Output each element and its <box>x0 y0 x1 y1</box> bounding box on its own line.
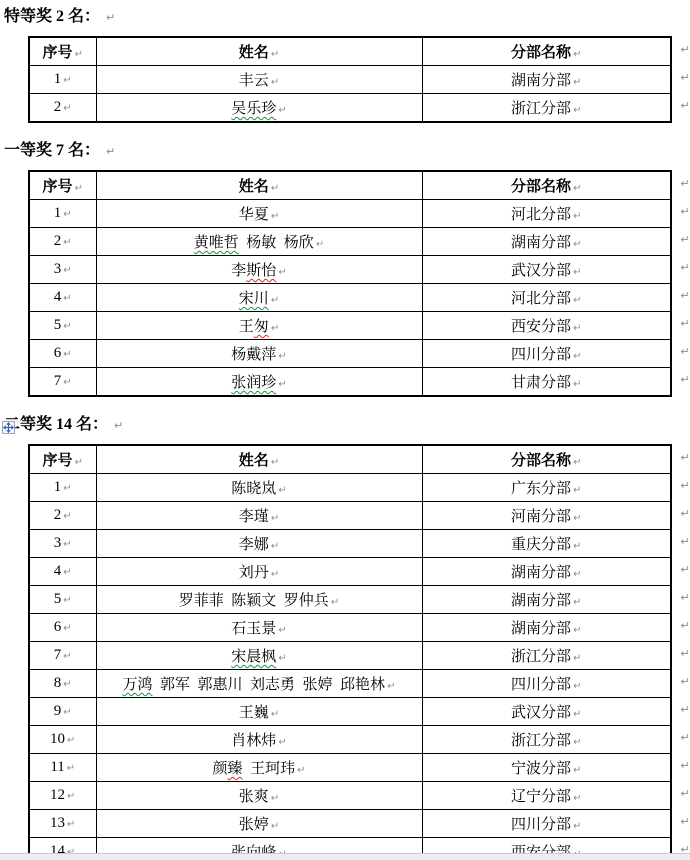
name-text: 王巍 <box>239 705 269 721</box>
end-of-cell-mark: ↵ <box>573 765 581 776</box>
row-number: 7 <box>54 373 62 389</box>
header-cell-label: 姓名 <box>239 453 269 469</box>
branch-name: 河北分部 <box>511 291 571 307</box>
name-text: 石玉景 <box>231 621 276 637</box>
end-of-cell-mark: ↵ <box>573 569 581 580</box>
end-of-row-mark: ↵ <box>674 472 690 500</box>
end-of-cell-mark: ↵ <box>75 183 83 194</box>
row-number-cell[interactable]: 1↵ <box>29 66 96 94</box>
end-of-row-mark: ↵ <box>674 808 690 836</box>
header-cell-label: 姓名 <box>239 179 269 195</box>
end-of-cell-mark: ↵ <box>573 379 581 390</box>
branch-name: 湖南分部 <box>511 593 571 609</box>
branch-cell[interactable]: 西安分部↵ <box>422 312 671 340</box>
row-number-cell[interactable]: 1↵ <box>29 200 96 228</box>
end-of-cell-mark: ↵ <box>271 793 279 804</box>
table-row: 8↵万鸿 郭军 郭惠川 刘志勇 张婷 邱艳林↵四川分部↵ <box>29 670 671 698</box>
end-of-cell-mark: ↵ <box>573 681 581 692</box>
header-cell-label: 分部名称 <box>511 45 571 61</box>
grammar-flagged-text: 张润珍 <box>231 375 276 391</box>
table-row: 1↵华夏↵河北分部↵ <box>29 200 671 228</box>
table-row: 2↵李瑾↵河南分部↵ <box>29 502 671 530</box>
end-of-row-mark: ↵ <box>674 724 690 752</box>
name-text: 李瑾 <box>239 509 269 525</box>
paragraph-mark-icon: ↵ <box>106 145 115 158</box>
section-title-special-prize[interactable]: 特等奖 2 名：↵ <box>4 8 690 26</box>
end-of-cell-mark: ↵ <box>63 209 71 220</box>
row-number: 10 <box>50 731 65 747</box>
name-cell[interactable]: 王匆↵ <box>96 312 422 340</box>
end-of-row-mark: ↵ <box>674 444 690 472</box>
row-number: 13 <box>50 815 65 831</box>
header-cell-no[interactable]: 序号↵ <box>29 37 96 66</box>
table-row: 1↵陈晓岚↵广东分部↵ <box>29 474 671 502</box>
name-text: 刘丹 <box>239 565 269 581</box>
branch-name: 浙江分部 <box>511 101 571 117</box>
section-title-first-prize[interactable]: 一等奖 7 名：↵ <box>4 142 690 160</box>
row-number-cell[interactable]: 7↵ <box>29 368 96 397</box>
end-of-cell-mark: ↵ <box>63 349 71 360</box>
row-number-cell[interactable]: 6↵ <box>29 340 96 368</box>
table-row: 2↵吴乐珍↵浙江分部↵ <box>29 94 671 123</box>
spellcheck-flagged-text: 臻 <box>228 761 243 777</box>
row-number-cell[interactable]: 6↵ <box>29 614 96 642</box>
table-move-handle-icon[interactable] <box>2 421 15 434</box>
branch-cell[interactable]: 河北分部↵ <box>422 200 671 228</box>
row-number: 2 <box>54 99 62 115</box>
row-number-cell[interactable]: 8↵ <box>29 670 96 698</box>
end-of-cell-mark: ↵ <box>67 819 75 830</box>
name-text: 肖林炜 <box>231 733 276 749</box>
table-row: 10↵肖林炜↵浙江分部↵ <box>29 726 671 754</box>
end-of-cell-mark: ↵ <box>573 295 581 306</box>
end-of-row-mark: ↵ <box>674 780 690 808</box>
row-number: 9 <box>54 703 62 719</box>
name-cell[interactable]: 李瑾↵ <box>96 502 422 530</box>
end-of-cell-mark: ↵ <box>278 351 286 362</box>
end-of-cell-mark: ↵ <box>75 49 83 60</box>
end-of-cell-mark: ↵ <box>63 595 71 606</box>
branch-cell[interactable]: 四川分部↵ <box>422 340 671 368</box>
branch-name: 辽宁分部 <box>511 789 571 805</box>
row-number-cell[interactable]: 13↵ <box>29 810 96 838</box>
table-row: 12↵张爽↵辽宁分部↵ <box>29 782 671 810</box>
document-page: 特等奖 2 名：↵ 序号↵姓名↵分部名称↵1↵丰云↵湖南分部↵2↵吴乐珍↵浙江分… <box>0 0 690 860</box>
paragraph-mark-icon: ↵ <box>114 419 123 432</box>
row-number: 6 <box>54 345 62 361</box>
end-of-row-marks: ↵↵↵↵↵↵↵↵↵↵↵↵↵↵↵ <box>674 444 690 860</box>
branch-cell[interactable]: 湖南分部↵ <box>422 614 671 642</box>
branch-name: 甘肃分部 <box>511 375 571 391</box>
table-header-row: 序号↵姓名↵分部名称↵ <box>29 171 671 200</box>
branch-cell[interactable]: 广东分部↵ <box>422 474 671 502</box>
end-of-cell-mark: ↵ <box>573 105 581 116</box>
end-of-row-mark: ↵ <box>674 556 690 584</box>
branch-cell[interactable]: 湖南分部↵ <box>422 228 671 256</box>
end-of-cell-mark: ↵ <box>271 541 279 552</box>
branch-name: 河北分部 <box>511 207 571 223</box>
header-cell-branch[interactable]: 分部名称↵ <box>422 445 671 474</box>
end-of-cell-mark: ↵ <box>573 709 581 720</box>
branch-name: 湖南分部 <box>511 565 571 581</box>
grammar-flagged-text: 万鸿 <box>123 677 153 693</box>
end-of-cell-mark: ↵ <box>63 623 71 634</box>
table-row: 5↵罗菲菲 陈颖文 罗仲兵↵湖南分部↵ <box>29 586 671 614</box>
end-of-cell-mark: ↵ <box>316 239 324 250</box>
branch-cell[interactable]: 湖南分部↵ <box>422 558 671 586</box>
row-number: 1 <box>54 205 62 221</box>
end-of-row-mark: ↵ <box>674 668 690 696</box>
name-text: 王 <box>239 319 254 335</box>
branch-name: 湖南分部 <box>511 621 571 637</box>
award-section-second-prize: 二等奖 14 名：↵ 序号↵姓名↵分部名称↵1↵陈晓岚↵广东分部↵2↵李瑾↵河南… <box>0 416 690 860</box>
row-number-cell[interactable]: 9↵ <box>29 698 96 726</box>
end-of-cell-mark: ↵ <box>573 737 581 748</box>
name-cell[interactable]: 颜臻 王珂玮↵ <box>96 754 422 782</box>
row-number-cell[interactable]: 5↵ <box>29 312 96 340</box>
name-cell[interactable]: 张婷↵ <box>96 810 422 838</box>
header-cell-label: 姓名 <box>239 45 269 61</box>
paragraph-mark-icon: ↵ <box>106 11 115 24</box>
name-cell[interactable]: 陈晓岚↵ <box>96 474 422 502</box>
end-of-cell-mark: ↵ <box>573 77 581 88</box>
end-of-cell-mark: ↵ <box>573 793 581 804</box>
end-of-cell-mark: ↵ <box>63 103 71 114</box>
row-number: 4 <box>54 289 62 305</box>
section-title-text: 二等奖 14 名： <box>4 416 108 433</box>
table-row: 3↵李娜↵重庆分部↵ <box>29 530 671 558</box>
row-number-cell[interactable]: 11↵ <box>29 754 96 782</box>
table-row: 7↵张润珍↵甘肃分部↵ <box>29 368 671 397</box>
end-of-row-mark: ↵ <box>674 226 690 254</box>
row-number: 6 <box>54 619 62 635</box>
branch-name: 湖南分部 <box>511 235 571 251</box>
end-of-cell-mark: ↵ <box>271 77 279 88</box>
end-of-row-mark: ↵ <box>674 282 690 310</box>
row-number-cell[interactable]: 5↵ <box>29 586 96 614</box>
header-cell-name[interactable]: 姓名↵ <box>96 445 422 474</box>
header-cell-no[interactable]: 序号↵ <box>29 171 96 200</box>
end-of-cell-mark: ↵ <box>271 709 279 720</box>
award-table-first-prize: 序号↵姓名↵分部名称↵1↵华夏↵河北分部↵2↵黄唯哲 杨敏 杨欣↵湖南分部↵3↵… <box>28 170 672 397</box>
row-number-cell[interactable]: 7↵ <box>29 642 96 670</box>
end-of-cell-mark: ↵ <box>271 457 279 468</box>
name-text: 张婷 <box>239 817 269 833</box>
name-text: 张爽 <box>239 789 269 805</box>
branch-cell[interactable]: 甘肃分部↵ <box>422 368 671 397</box>
end-of-cell-mark: ↵ <box>297 765 305 776</box>
section-title-text: 一等奖 7 名： <box>4 142 100 159</box>
end-of-cell-mark: ↵ <box>387 681 395 692</box>
end-of-cell-mark: ↵ <box>573 653 581 664</box>
name-text: 杨敏 杨欣 <box>239 235 314 251</box>
branch-name: 重庆分部 <box>511 537 571 553</box>
name-cell[interactable]: 万鸿 郭军 郭惠川 刘志勇 张婷 邱艳林↵ <box>96 670 422 698</box>
end-of-row-mark: ↵ <box>674 310 690 338</box>
award-section-first-prize: 一等奖 7 名：↵ 序号↵姓名↵分部名称↵1↵华夏↵河北分部↵2↵黄唯哲 杨敏 … <box>0 142 690 397</box>
row-number-cell[interactable]: 4↵ <box>29 284 96 312</box>
branch-name: 四川分部 <box>511 817 571 833</box>
branch-name: 宁波分部 <box>511 761 571 777</box>
table-row: 7↵宋晨枫↵浙江分部↵ <box>29 642 671 670</box>
row-number: 1 <box>54 479 62 495</box>
bottom-scrollbar-strip[interactable] <box>0 853 690 860</box>
name-cell[interactable]: 李斯怡↵ <box>96 256 422 284</box>
end-of-cell-mark: ↵ <box>63 539 71 550</box>
header-cell-name[interactable]: 姓名↵ <box>96 37 422 66</box>
end-of-cell-mark: ↵ <box>573 211 581 222</box>
section-title-second-prize[interactable]: 二等奖 14 名：↵ <box>4 416 690 434</box>
end-of-cell-mark: ↵ <box>63 511 71 522</box>
end-of-cell-mark: ↵ <box>271 513 279 524</box>
end-of-cell-mark: ↵ <box>63 237 71 248</box>
end-of-cell-mark: ↵ <box>573 457 581 468</box>
branch-cell[interactable]: 辽宁分部↵ <box>422 782 671 810</box>
header-cell-branch[interactable]: 分部名称↵ <box>422 37 671 66</box>
header-cell-label: 分部名称 <box>511 453 571 469</box>
row-number-cell[interactable]: 3↵ <box>29 530 96 558</box>
table-header-row: 序号↵姓名↵分部名称↵ <box>29 445 671 474</box>
row-number: 5 <box>54 317 62 333</box>
grammar-flagged-text: 吴乐珍 <box>231 101 276 117</box>
name-cell[interactable]: 宋晨枫↵ <box>96 642 422 670</box>
name-cell[interactable]: 罗菲菲 陈颖文 罗仲兵↵ <box>96 586 422 614</box>
header-cell-label: 分部名称 <box>511 179 571 195</box>
end-of-row-mark: ↵ <box>674 170 690 198</box>
end-of-row-mark: ↵ <box>674 640 690 668</box>
name-cell[interactable]: 吴乐珍↵ <box>96 94 422 123</box>
end-of-cell-mark: ↵ <box>573 49 581 60</box>
end-of-cell-mark: ↵ <box>278 105 286 116</box>
grammar-flagged-text: 黄唯哲 <box>194 235 239 251</box>
end-of-cell-mark: ↵ <box>573 267 581 278</box>
end-of-row-mark: ↵ <box>674 528 690 556</box>
header-cell-name[interactable]: 姓名↵ <box>96 171 422 200</box>
end-of-cell-mark: ↵ <box>573 625 581 636</box>
end-of-row-mark: ↵ <box>674 752 690 780</box>
header-cell-branch[interactable]: 分部名称↵ <box>422 171 671 200</box>
name-cell[interactable]: 肖林炜↵ <box>96 726 422 754</box>
name-cell[interactable]: 黄唯哲 杨敏 杨欣↵ <box>96 228 422 256</box>
row-number: 1 <box>54 71 62 87</box>
end-of-cell-mark: ↵ <box>573 541 581 552</box>
end-of-cell-mark: ↵ <box>63 483 71 494</box>
name-cell[interactable]: 刘丹↵ <box>96 558 422 586</box>
name-text: 陈晓岚 <box>231 481 276 497</box>
branch-name: 浙江分部 <box>511 649 571 665</box>
branch-cell[interactable]: 宁波分部↵ <box>422 754 671 782</box>
name-text: 丰云 <box>239 73 269 89</box>
end-of-row-mark: ↵ <box>674 584 690 612</box>
end-of-cell-mark: ↵ <box>573 485 581 496</box>
row-number: 2 <box>54 507 62 523</box>
row-number: 2 <box>54 233 62 249</box>
row-number-cell[interactable]: 3↵ <box>29 256 96 284</box>
award-table-wrap: 序号↵姓名↵分部名称↵1↵陈晓岚↵广东分部↵2↵李瑾↵河南分部↵3↵李娜↵重庆分… <box>28 444 670 860</box>
table-row: 2↵黄唯哲 杨敏 杨欣↵湖南分部↵ <box>29 228 671 256</box>
end-of-cell-mark: ↵ <box>278 625 286 636</box>
end-of-row-mark: ↵ <box>674 36 690 64</box>
branch-cell[interactable]: 四川分部↵ <box>422 810 671 838</box>
branch-cell[interactable]: 河北分部↵ <box>422 284 671 312</box>
end-of-cell-mark: ↵ <box>271 295 279 306</box>
branch-name: 四川分部 <box>511 677 571 693</box>
end-of-cell-mark: ↵ <box>278 737 286 748</box>
end-of-cell-mark: ↵ <box>331 597 339 608</box>
name-cell[interactable]: 石玉景↵ <box>96 614 422 642</box>
end-of-cell-mark: ↵ <box>271 183 279 194</box>
end-of-row-mark: ↵ <box>674 366 690 394</box>
end-of-cell-mark: ↵ <box>271 49 279 60</box>
grammar-flagged-text: 宋川 <box>239 291 269 307</box>
end-of-cell-mark: ↵ <box>67 735 75 746</box>
name-text: 颜 <box>213 761 228 777</box>
end-of-cell-mark: ↵ <box>271 323 279 334</box>
end-of-cell-mark: ↵ <box>278 379 286 390</box>
award-table-wrap: 序号↵姓名↵分部名称↵1↵华夏↵河北分部↵2↵黄唯哲 杨敏 杨欣↵湖南分部↵3↵… <box>28 170 670 397</box>
row-number: 8 <box>54 675 62 691</box>
table-row: 1↵丰云↵湖南分部↵ <box>29 66 671 94</box>
name-text: 杨戴萍 <box>231 347 276 363</box>
branch-cell[interactable]: 武汉分部↵ <box>422 256 671 284</box>
branch-cell[interactable]: 重庆分部↵ <box>422 530 671 558</box>
branch-cell[interactable]: 武汉分部↵ <box>422 698 671 726</box>
end-of-cell-mark: ↵ <box>63 707 71 718</box>
branch-name: 广东分部 <box>511 481 571 497</box>
name-cell[interactable]: 张爽↵ <box>96 782 422 810</box>
branch-cell[interactable]: 浙江分部↵ <box>422 726 671 754</box>
end-of-cell-mark: ↵ <box>271 821 279 832</box>
row-number-cell[interactable]: 2↵ <box>29 228 96 256</box>
end-of-row-mark: ↵ <box>674 338 690 366</box>
branch-cell[interactable]: 浙江分部↵ <box>422 642 671 670</box>
end-of-cell-mark: ↵ <box>573 323 581 334</box>
name-cell[interactable]: 宋川↵ <box>96 284 422 312</box>
branch-name: 武汉分部 <box>511 705 571 721</box>
table-row: 4↵宋川↵河北分部↵ <box>29 284 671 312</box>
table-row: 6↵石玉景↵湖南分部↵ <box>29 614 671 642</box>
end-of-row-marks: ↵↵↵ <box>674 36 690 120</box>
name-cell[interactable]: 李娜↵ <box>96 530 422 558</box>
table-row: 3↵李斯怡↵武汉分部↵ <box>29 256 671 284</box>
row-number: 3 <box>54 261 62 277</box>
end-of-cell-mark: ↵ <box>63 265 71 276</box>
end-of-cell-mark: ↵ <box>573 597 581 608</box>
row-number-cell[interactable]: 12↵ <box>29 782 96 810</box>
branch-cell[interactable]: 河南分部↵ <box>422 502 671 530</box>
branch-name: 武汉分部 <box>511 263 571 279</box>
row-number-cell[interactable]: 2↵ <box>29 94 96 123</box>
award-table-special-prize: 序号↵姓名↵分部名称↵1↵丰云↵湖南分部↵2↵吴乐珍↵浙江分部↵ <box>28 36 672 123</box>
end-of-cell-mark: ↵ <box>63 651 71 662</box>
end-of-cell-mark: ↵ <box>63 75 71 86</box>
end-of-row-mark: ↵ <box>674 696 690 724</box>
end-of-cell-mark: ↵ <box>573 513 581 524</box>
grammar-flagged-text: 宋晨枫 <box>231 649 276 665</box>
name-text: 李 <box>231 263 246 279</box>
spellcheck-flagged-text: 匆 <box>254 319 269 335</box>
row-number: 7 <box>54 647 62 663</box>
header-cell-no[interactable]: 序号↵ <box>29 445 96 474</box>
table-header-row: 序号↵姓名↵分部名称↵ <box>29 37 671 66</box>
name-text: 王珂玮 <box>243 761 296 777</box>
end-of-row-marks: ↵↵↵↵↵↵↵↵ <box>674 170 690 394</box>
branch-cell[interactable]: 浙江分部↵ <box>422 94 671 123</box>
name-text: 郭军 郭惠川 刘志勇 张婷 邱艳林 <box>153 677 386 693</box>
end-of-cell-mark: ↵ <box>63 293 71 304</box>
row-number: 4 <box>54 563 62 579</box>
branch-name: 浙江分部 <box>511 733 571 749</box>
branch-name: 西安分部 <box>511 319 571 335</box>
branch-cell[interactable]: 湖南分部↵ <box>422 586 671 614</box>
end-of-row-mark: ↵ <box>674 64 690 92</box>
spellcheck-flagged-text: 斯怡 <box>246 263 276 279</box>
header-cell-label: 序号 <box>43 453 73 469</box>
name-cell[interactable]: 张润珍↵ <box>96 368 422 397</box>
branch-name: 河南分部 <box>511 509 571 525</box>
row-number: 5 <box>54 591 62 607</box>
row-number: 11 <box>50 759 64 775</box>
end-of-row-mark: ↵ <box>674 612 690 640</box>
row-number-cell[interactable]: 2↵ <box>29 502 96 530</box>
table-row: 11↵颜臻 王珂玮↵宁波分部↵ <box>29 754 671 782</box>
end-of-cell-mark: ↵ <box>63 321 71 332</box>
row-number: 12 <box>50 787 65 803</box>
table-row: 13↵张婷↵四川分部↵ <box>29 810 671 838</box>
end-of-cell-mark: ↵ <box>271 211 279 222</box>
table-row: 4↵刘丹↵湖南分部↵ <box>29 558 671 586</box>
award-table-wrap: 序号↵姓名↵分部名称↵1↵丰云↵湖南分部↵2↵吴乐珍↵浙江分部↵ ↵↵↵ <box>28 36 670 123</box>
row-number-cell[interactable]: 10↵ <box>29 726 96 754</box>
end-of-cell-mark: ↵ <box>67 763 75 774</box>
end-of-cell-mark: ↵ <box>63 377 71 388</box>
name-cell[interactable]: 丰云↵ <box>96 66 422 94</box>
name-cell[interactable]: 王巍↵ <box>96 698 422 726</box>
header-cell-label: 序号 <box>43 45 73 61</box>
end-of-cell-mark: ↵ <box>573 351 581 362</box>
award-section-special-prize: 特等奖 2 名：↵ 序号↵姓名↵分部名称↵1↵丰云↵湖南分部↵2↵吴乐珍↵浙江分… <box>0 8 690 123</box>
end-of-cell-mark: ↵ <box>278 267 286 278</box>
row-number-cell[interactable]: 1↵ <box>29 474 96 502</box>
table-row: 5↵王匆↵西安分部↵ <box>29 312 671 340</box>
name-text: 罗菲菲 陈颖文 罗仲兵 <box>179 593 329 609</box>
branch-cell[interactable]: 湖南分部↵ <box>422 66 671 94</box>
end-of-row-mark: ↵ <box>674 92 690 120</box>
row-number: 3 <box>54 535 62 551</box>
name-text: 华夏 <box>239 207 269 223</box>
name-text: 李娜 <box>239 537 269 553</box>
row-number-cell[interactable]: 4↵ <box>29 558 96 586</box>
end-of-cell-mark: ↵ <box>63 679 71 690</box>
end-of-cell-mark: ↵ <box>75 457 83 468</box>
section-title-text: 特等奖 2 名： <box>4 8 100 25</box>
name-cell[interactable]: 华夏↵ <box>96 200 422 228</box>
end-of-cell-mark: ↵ <box>278 653 286 664</box>
end-of-cell-mark: ↵ <box>573 239 581 250</box>
award-table-second-prize: 序号↵姓名↵分部名称↵1↵陈晓岚↵广东分部↵2↵李瑾↵河南分部↵3↵李娜↵重庆分… <box>28 444 672 860</box>
four-way-arrow-icon <box>3 422 14 433</box>
branch-cell[interactable]: 四川分部↵ <box>422 670 671 698</box>
end-of-cell-mark: ↵ <box>63 567 71 578</box>
branch-name: 四川分部 <box>511 347 571 363</box>
header-cell-label: 序号 <box>43 179 73 195</box>
end-of-row-mark: ↵ <box>674 254 690 282</box>
table-row: 9↵王巍↵武汉分部↵ <box>29 698 671 726</box>
end-of-row-mark: ↵ <box>674 500 690 528</box>
branch-name: 湖南分部 <box>511 73 571 89</box>
end-of-row-mark: ↵ <box>674 198 690 226</box>
name-cell[interactable]: 杨戴萍↵ <box>96 340 422 368</box>
